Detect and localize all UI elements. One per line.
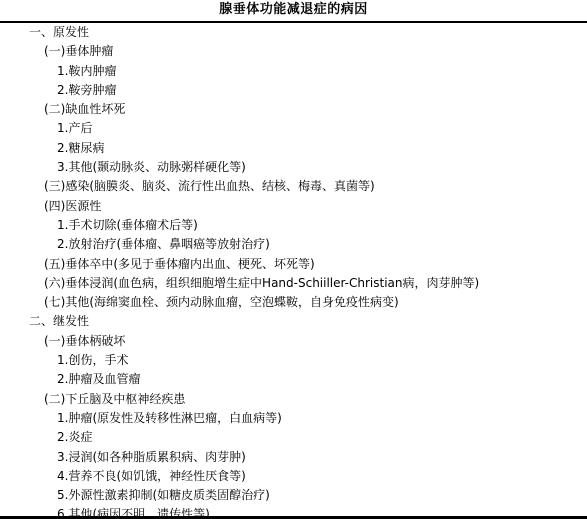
list-item: 1.鞍内肿瘤: [0, 62, 587, 81]
list-item: 1.产后: [0, 119, 587, 138]
list-item-subcategory: (一)垂体柄破坏: [0, 332, 587, 351]
list-item-category: 二、继发性: [0, 312, 587, 331]
list-item: 2.放射治疗(垂体瘤、鼻咽癌等放射治疗): [0, 235, 587, 254]
list-item: 1.创伤，手术: [0, 351, 587, 370]
list-item: 3.其他(颞动脉炎、动脉粥样硬化等): [0, 158, 587, 177]
list-item: 2.糖尿病: [0, 139, 587, 158]
list-item: 1.手术切除(垂体瘤术后等): [0, 216, 587, 235]
list-item: 3.浸润(如各种脂质累积病、肉芽肿): [0, 448, 587, 467]
list-item: 2.肿瘤及血管瘤: [0, 370, 587, 389]
list-item-category: 一、原发性: [0, 23, 587, 42]
list-item: 1.肿瘤(原发性及转移性淋巴瘤，白血病等): [0, 409, 587, 428]
list-item-subcategory: (一)垂体肿瘤: [0, 42, 587, 61]
list-item: 2.鞍旁肿瘤: [0, 81, 587, 100]
list-item: 5.外源性激素抑制(如糖皮质类固醇治疗): [0, 486, 587, 505]
list-item-subcategory: (二)下丘脑及中枢神经疾患: [0, 390, 587, 409]
list-item-subcategory: (七)其他(海绵窦血栓、颈内动脉血瘤，空泡蝶鞍，自身免疫性病变): [0, 293, 587, 312]
table-title: 腺垂体功能减退症的病因: [0, 0, 587, 20]
list-item: 2.炎症: [0, 428, 587, 447]
cause-list: 一、原发性 (一)垂体肿瘤 1.鞍内肿瘤 2.鞍旁肿瘤 (二)缺血性坏死 1.产…: [0, 23, 587, 519]
list-item-subcategory: (三)感染(脑膜炎、脑炎、流行性出血热、结核、梅毒、真菌等): [0, 177, 587, 196]
list-item-subcategory: (五)垂体卒中(多见于垂体瘤内出血、梗死、坏死等): [0, 255, 587, 274]
list-item-subcategory: (六)垂体浸润(血色病，组织细胞增生症中Hand-Schiiller-Chris…: [0, 274, 587, 293]
list-item-subcategory: (四)医源性: [0, 197, 587, 216]
list-item-subcategory: (二)缺血性坏死: [0, 100, 587, 119]
list-item: 4.营养不良(如饥饿，神经性厌食等): [0, 467, 587, 486]
